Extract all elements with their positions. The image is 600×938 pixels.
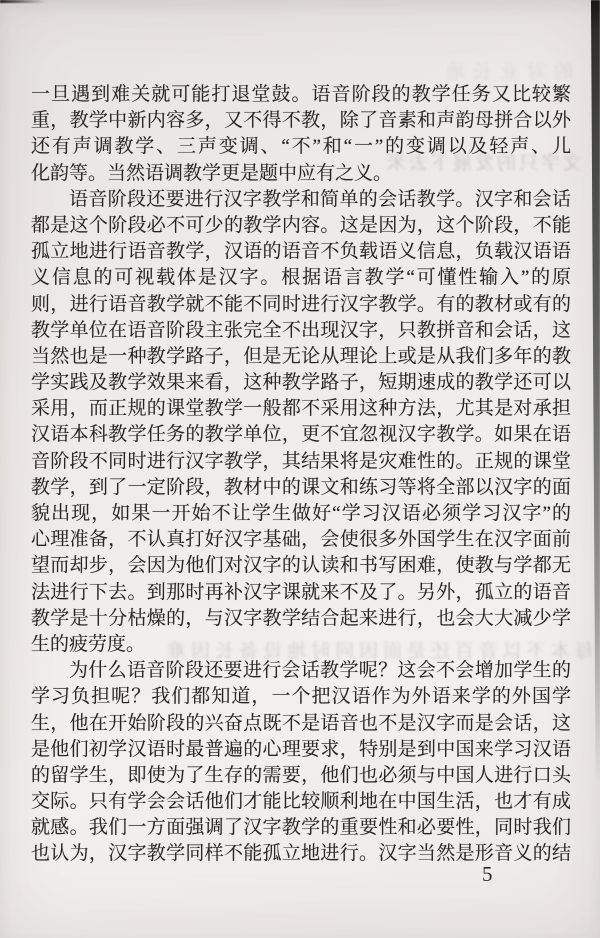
text-line: 交际。只有学会会话他们才能比较顺利地在中国生活，也才有成 <box>31 789 571 815</box>
page-number: 5 <box>482 862 493 887</box>
text-line: 貌出现，如果一开始不让学生做好“学习汉语必须学习汉字”的 <box>31 501 571 527</box>
text-line: 望而却步，会因为他们对汉字的认读和书写困难，使教与学都无 <box>31 553 571 579</box>
text-line: 生的疲劳度。 <box>31 632 571 658</box>
text-line: 教学，到了一定阶段，教材中的课文和练习等将全部以汉字的面 <box>31 475 571 501</box>
text-line: 汉语本科教学任务的教学单位，更不宜忽视汉字教学。如果在语 <box>31 422 571 448</box>
text-line: 还有声调教学、三声变调、“不”和“一”的变调以及轻声、儿 <box>31 134 571 160</box>
text-line: 教学单位在语音阶段主张完全不出现汉字，只教拼音和会话，这 <box>31 318 571 344</box>
text-line: 孤立地进行语音教学，汉语的语音不负载语义信息，负载汉语语 <box>31 239 571 265</box>
text-line: 的留学生，即使为了生存的需要，他们也必须与中国人进行口头 <box>31 763 571 789</box>
text-line: 当然也是一种教学路子，但是无论从理论上或是从我们多年的教 <box>31 344 571 370</box>
book-binding-shadow <box>589 0 600 780</box>
text-line: 是他们初学汉语时最普遍的心理要求，特别是到中国来学习汉语 <box>31 737 571 763</box>
bleed-through-text: 的对业长地 <box>408 57 573 84</box>
text-line: 一旦遇到难关就可能打退堂鼓。语音阶段的教学任务又比较繁 <box>31 82 571 108</box>
text-line: 法进行下去。到那时再补汉字课就来不及了。另外，孤立的语音 <box>31 580 571 606</box>
page-text: 一旦遇到难关就可能打退堂鼓。语音阶段的教学任务又比较繁 重，教学中新内容多，又不… <box>31 82 571 868</box>
text-line: 采用，而正规的课堂教学一般都不采用这种方法，尤其是对承担 <box>31 396 571 422</box>
scanned-book-page: 的对业长地 文字只的发展下去米 每本不以音百还是面因同时地设备长因难 一旦遇到难… <box>0 0 600 938</box>
text-line: 音阶段不同时进行汉字教学，其结果将是灾难性的。正规的课堂 <box>31 449 571 475</box>
text-line: 义信息的可视载体是汉字。根据语言教学“可懂性输入”的原 <box>31 265 571 291</box>
text-line: 都是这个阶段必不可少的教学内容。这是因为，这个阶段，不能 <box>31 213 571 239</box>
text-line: 语音阶段还要进行汉字教学和简单的会话教学。汉字和会话 <box>31 187 571 213</box>
text-line: 就感。我们一方面强调了汉字教学的重要性和必要性，同时我们 <box>31 815 571 841</box>
text-line: 则，进行语音教学就不能不同时进行汉字教学。有的教材或有的 <box>31 292 571 318</box>
text-line: 重，教学中新内容多，又不得不教，除了音素和声韵母拼合以外 <box>31 108 571 134</box>
text-line: 学实践及教学效果来看，这种教学路子，短期速成的教学还可以 <box>31 370 571 396</box>
text-line: 教学是十分枯燥的，与汉字教学结合起来进行，也会大大减少学 <box>31 606 571 632</box>
text-line: 学习负担呢？我们都知道，一个把汉语作为外语来学的外国学 <box>31 684 571 710</box>
scan-edge-artifact <box>0 0 46 3</box>
text-line: 为什么语音阶段还要进行会话教学呢？这会不会增加学生的 <box>31 658 571 684</box>
text-line: 生，他在开始阶段的兴奋点既不是语音也不是汉字而是会话，这 <box>31 711 571 737</box>
text-line: 心理准备，不认真打好汉字基础，会使很多外国学生在汉字面前 <box>31 527 571 553</box>
text-line: 化韵等。当然语调教学更是题中应有之义。 <box>31 161 571 187</box>
